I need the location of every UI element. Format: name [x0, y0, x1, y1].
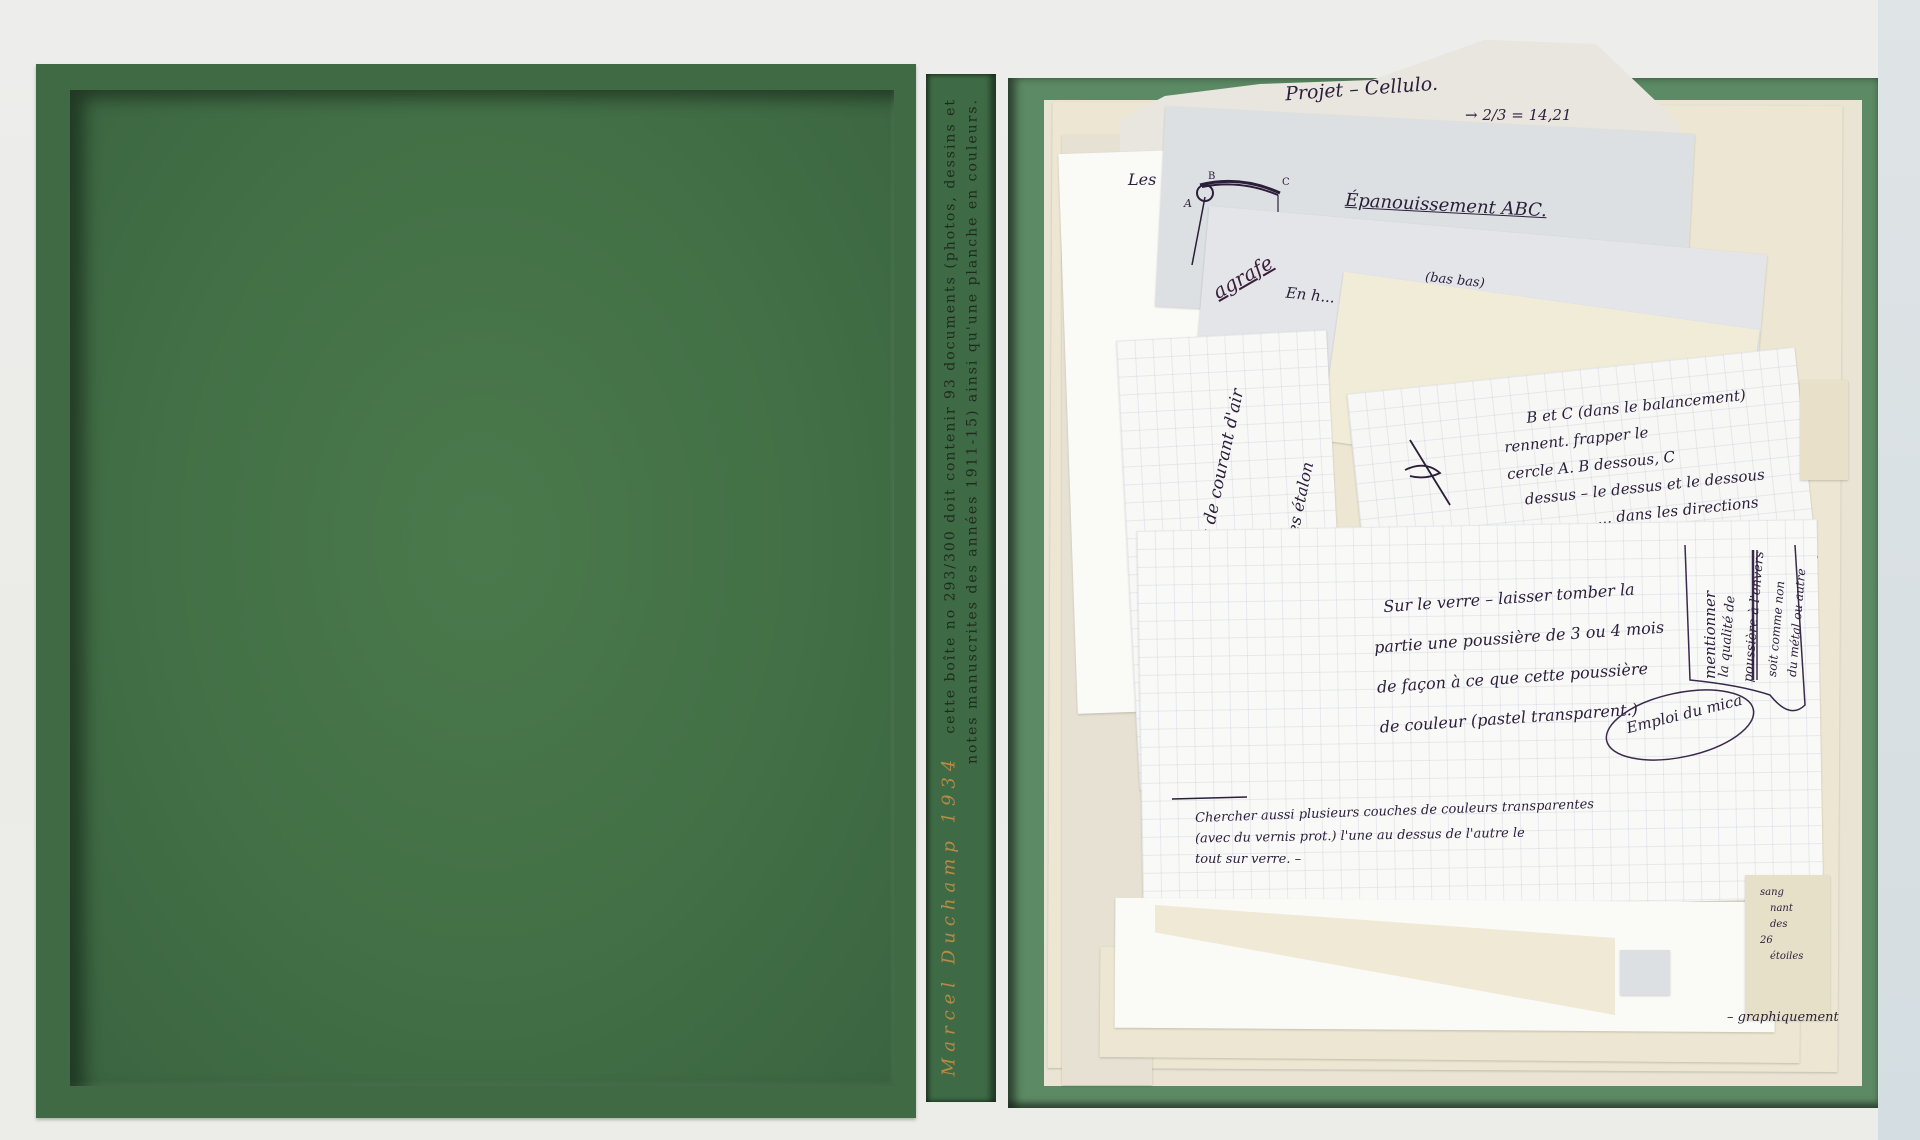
crossed-symbol-sketch	[1405, 440, 1455, 510]
side-box-line-3: poussière à l'envers	[1741, 532, 1769, 683]
side-box-text: mentionner la qualité de poussière à l'e…	[1690, 540, 1820, 700]
spine-line-2: notes manuscrites des années 1911-15) ai…	[965, 98, 981, 764]
bottom-note-line-3: tout sur verre. –	[1195, 848, 1594, 872]
corner-fragment-line-3: des	[1770, 917, 1803, 933]
corner-fragment-line-2: nant	[1770, 901, 1803, 917]
svg-text:A: A	[1183, 197, 1192, 210]
spine-line-1: cette boîte no 293/300 doit contenir 93 …	[943, 98, 959, 734]
background-right-strip	[1878, 0, 1920, 1140]
box-lid-inner-panel	[70, 90, 894, 1086]
bottom-right-fragment: – graphiquement	[1727, 1010, 1839, 1025]
note-project-fraction: → 2/3 = 14,21	[1465, 106, 1572, 124]
paper-bottom-grey-scrap	[1620, 950, 1670, 995]
box-spine: Marcel Duchamp 1934cette boîte no 293/30…	[926, 74, 996, 1102]
svg-text:C: C	[1282, 177, 1290, 188]
photo-scene: Marcel Duchamp 1934cette boîte no 293/30…	[0, 0, 1920, 1140]
side-box-line-1: mentionner	[1701, 539, 1719, 679]
note-left-fragment: Les	[1128, 170, 1156, 189]
spine-text: Marcel Duchamp 1934cette boîte no 293/30…	[939, 98, 984, 1078]
corner-fragment-line-5: étoiles	[1770, 949, 1803, 965]
box-lid	[36, 64, 916, 1118]
corner-fragment-text: sang nant des 26 étoiles	[1760, 885, 1793, 965]
spine-signature: Marcel Duchamp 1934	[939, 754, 960, 1077]
svg-text:B: B	[1208, 171, 1215, 182]
corner-fragment-line-1: sang	[1760, 885, 1793, 901]
paper-right-small-note	[1800, 380, 1848, 480]
bottom-note-text: Chercher aussi plusieurs couches de coul…	[1195, 800, 1594, 872]
bet-c-note-text: B et C (dans le balancement) rennent. fr…	[1525, 380, 1779, 539]
corner-fragment-line-4: 26	[1760, 933, 1793, 949]
side-box-line-2: la qualité de	[1716, 537, 1743, 678]
